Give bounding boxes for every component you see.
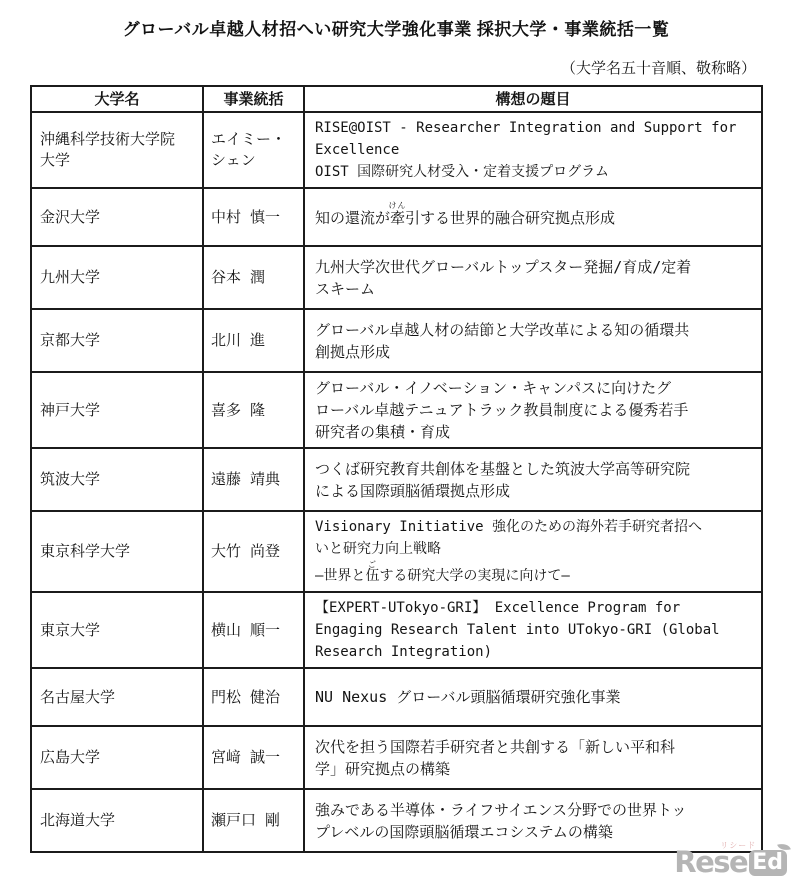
director-cell: 北川 進 [203, 309, 304, 372]
furigana-annotation: 伍ご [365, 568, 379, 584]
director-cell: 喜多 隆 [203, 372, 304, 448]
table-row: 京都大学 北川 進 グローバル卓越人材の結節と大学改革による知の循環共 創拠点形… [31, 309, 762, 372]
table-row: 広島大学 宮﨑 誠一 次代を担う国際若手研究者と共創する「新しい平和科 学」研究… [31, 726, 762, 789]
director-cell: 宮﨑 誠一 [203, 726, 304, 789]
director-cell: 門松 健治 [203, 668, 304, 726]
title-cell: 知の還流が牽けん引する世界的融合研究拠点形成 [304, 188, 762, 246]
university-cell: 北海道大学 [31, 789, 203, 852]
director-cell: 谷本 潤 [203, 246, 304, 309]
director-cell: 瀬戸口 剛 [203, 789, 304, 852]
title-cell: NU Nexus グローバル頭脳循環研究強化事業 [304, 668, 762, 726]
title-cell: 九州大学次世代グローバルトップスター発掘/育成/定着 スキーム [304, 246, 762, 309]
reseed-watermark: リシード Rese Ed [674, 839, 787, 877]
reseed-furigana: リシード [720, 840, 756, 851]
title-cell: 次代を担う国際若手研究者と共創する「新しい平和科 学」研究拠点の構築 [304, 726, 762, 789]
table-row: 金沢大学 中村 慎一 知の還流が牽けん引する世界的融合研究拠点形成 [31, 188, 762, 246]
table-row: 北海道大学 瀬戸口 剛 強みである半導体・ライフサイエンス分野での世界トッ プレ… [31, 789, 762, 852]
title-cell: つくば研究教育共創体を基盤とした筑波大学高等研究院 による国際頭脳循環拠点形成 [304, 448, 762, 511]
title-cell: グローバル・イノベーション・キャンパスに向けたグ ローバル卓越テニュアトラック教… [304, 372, 762, 448]
university-cell: 広島大学 [31, 726, 203, 789]
header-row: 大学名 事業統括 構想の題目 [31, 86, 762, 112]
column-header-director: 事業統括 [203, 86, 304, 112]
reseed-logo-badge: Ed [749, 850, 787, 876]
director-cell: 横山 順一 [203, 592, 304, 668]
column-header-title: 構想の題目 [304, 86, 762, 112]
furigana-annotation: 牽けん [390, 209, 405, 227]
reseed-logo-text: Rese [674, 849, 747, 876]
university-cell: 東京大学 [31, 592, 203, 668]
column-header-university: 大学名 [31, 86, 203, 112]
document-page: グローバル卓越人材招へい研究大学強化事業 採択大学・事業統括一覧 （大学名五十音… [0, 0, 792, 879]
selection-table: 大学名 事業統括 構想の題目 沖縄科学技術大学院 大学 エイミー・ シェン RI… [30, 85, 763, 853]
university-cell: 神戸大学 [31, 372, 203, 448]
title-cell: 【EXPERT-UTokyo-GRI】 Excellence Program f… [304, 592, 762, 668]
table-row: 名古屋大学 門松 健治 NU Nexus グローバル頭脳循環研究強化事業 [31, 668, 762, 726]
table-row: 神戸大学 喜多 隆 グローバル・イノベーション・キャンパスに向けたグ ローバル卓… [31, 372, 762, 448]
university-cell: 金沢大学 [31, 188, 203, 246]
title-cell: グローバル卓越人材の結節と大学改革による知の循環共 創拠点形成 [304, 309, 762, 372]
director-cell: 大竹 尚登 [203, 511, 304, 592]
page-title: グローバル卓越人材招へい研究大学強化事業 採択大学・事業統括一覧 [0, 15, 792, 40]
university-cell: 京都大学 [31, 309, 203, 372]
director-cell: エイミー・ シェン [203, 112, 304, 188]
subtitle-line: ―世界と伍ごする研究大学の実現に向けて― [315, 560, 753, 587]
director-cell: 遠藤 靖典 [203, 448, 304, 511]
university-cell: 筑波大学 [31, 448, 203, 511]
table-row: 筑波大学 遠藤 靖典 つくば研究教育共創体を基盤とした筑波大学高等研究院 による… [31, 448, 762, 511]
university-cell: 東京科学大学 [31, 511, 203, 592]
university-cell: 九州大学 [31, 246, 203, 309]
table-row: 東京科学大学 大竹 尚登 Visionary Initiative 強化のための… [31, 511, 762, 592]
university-cell: 名古屋大学 [31, 668, 203, 726]
director-cell: 中村 慎一 [203, 188, 304, 246]
table-row: 沖縄科学技術大学院 大学 エイミー・ シェン RISE@OIST - Resea… [31, 112, 762, 188]
university-cell: 沖縄科学技術大学院 大学 [31, 112, 203, 188]
title-cell: RISE@OIST - Researcher Integration and S… [304, 112, 762, 188]
table-row: 九州大学 谷本 潤 九州大学次世代グローバルトップスター発掘/育成/定着 スキー… [31, 246, 762, 309]
sort-order-note: （大学名五十音順、敬称略） [0, 57, 792, 78]
table-row: 東京大学 横山 順一 【EXPERT-UTokyo-GRI】 Excellenc… [31, 592, 762, 668]
title-cell: Visionary Initiative 強化のための海外若手研究者招へ いと研… [304, 511, 762, 592]
